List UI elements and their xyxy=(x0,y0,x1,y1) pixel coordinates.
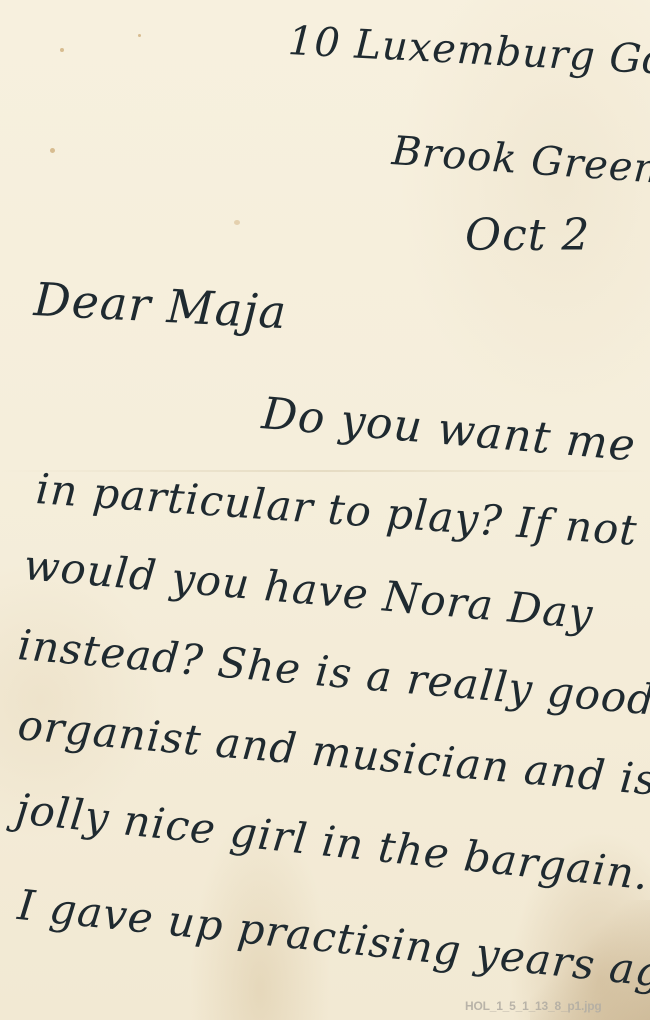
salutation: Dear Maja xyxy=(33,272,289,339)
paper-stain xyxy=(234,220,240,225)
scan-border xyxy=(0,1020,650,1027)
letter-date: Oct 2 xyxy=(465,210,590,261)
paper-stain xyxy=(50,148,55,153)
paper-stain xyxy=(60,48,64,52)
body-line-1: Do you want me xyxy=(260,388,638,471)
body-line-7: I gave up practising years ago. xyxy=(15,880,650,1001)
letter-page: 10 Luxemburg Gdns Brook Green Oct 2 Dear… xyxy=(0,0,650,1020)
body-line-6: jolly nice girl in the bargain. xyxy=(13,784,650,899)
body-line-2: in particular to play? If not xyxy=(34,464,639,555)
address-line-2: Brook Green xyxy=(390,128,650,193)
paper-stain xyxy=(138,34,141,37)
address-line-1: 10 Luxemburg Gdns xyxy=(287,18,650,86)
body-line-5: organist and musician and is a xyxy=(16,700,650,808)
file-name-label: HOL_1_5_1_13_8_p1.jpg xyxy=(465,999,602,1013)
body-line-3: would you have Nora Day xyxy=(22,540,595,639)
